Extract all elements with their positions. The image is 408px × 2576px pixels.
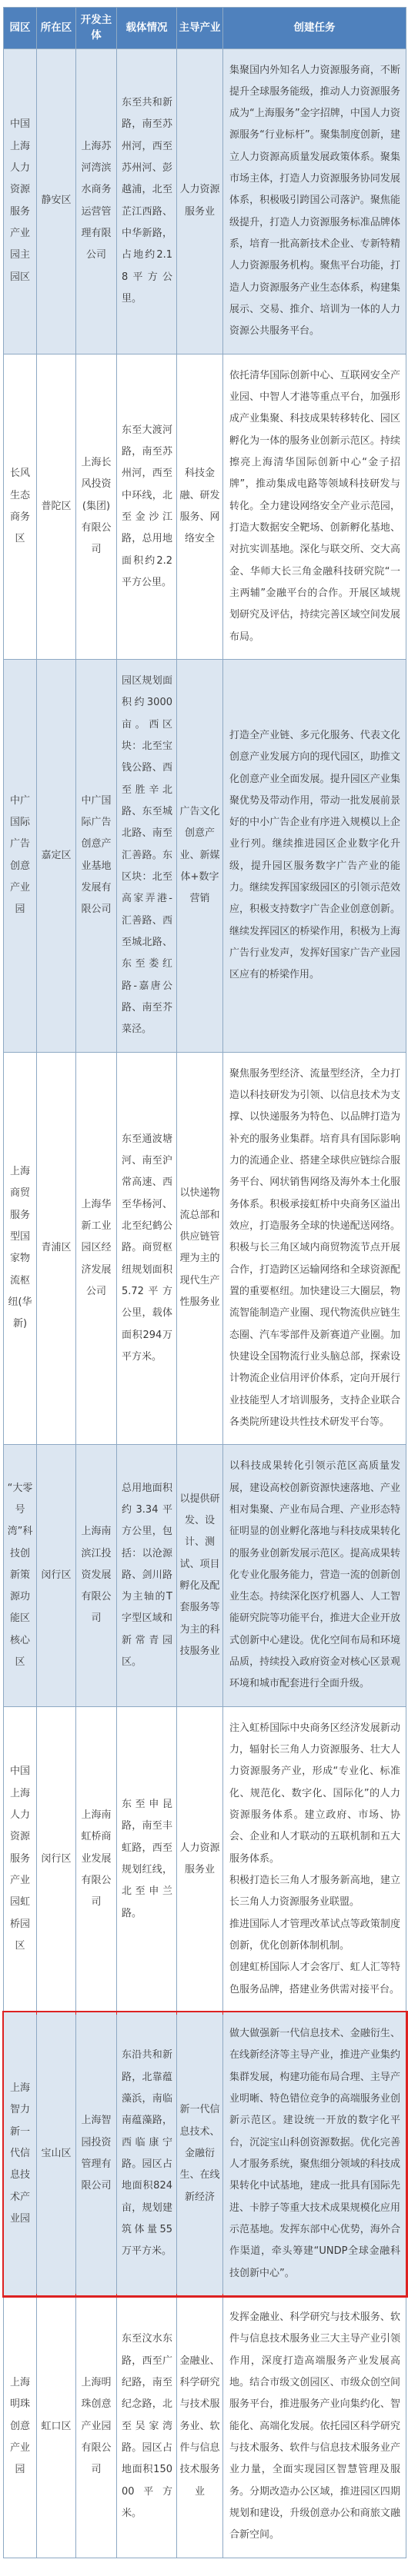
cell-creation-tasks: 打造全产业链、多元化服务、代表文化创意产业发展方向的现代园区，助推文化创意产业全… (223, 660, 406, 1053)
cell-leading-industry: 以快递物流总部和供应链管理为主的现代生产性服务业 (177, 1052, 223, 1445)
cell-park-name: 长风生态商务区 (4, 354, 37, 659)
cell-leading-industry: 以提供研发、设计、测试、项目孵化及配套服务等为主的科技服务业 (177, 1445, 223, 1707)
cell-carrier-info: 东至共和新路，南至苏州河，西至苏州河、彭越浦，北至芷江西路、中华新路，占地约2.… (117, 48, 177, 354)
header-cell-industry: 主导产业 (177, 8, 223, 49)
cell-carrier-info: 东至汶水东路，西至广纪路，南至纪念路，北至吴家湾路。园区占地面积15000平方米… (117, 2296, 177, 2558)
cell-developer: 上海长风投资(集团)有限公司 (76, 354, 117, 659)
cell-park-name: 中国上海人力资源服务产业园虹桥园区 (4, 1706, 37, 2012)
cell-district: 青浦区 (37, 1052, 76, 1445)
cell-leading-industry: 人力资源服务业 (177, 48, 223, 354)
cell-district: 静安区 (37, 48, 76, 354)
cell-park-name: 上海商贸服务型国家物流枢纽(华新) (4, 1052, 37, 1445)
cell-creation-tasks: 集聚国内外知名人力资源服务商，不断提升全球服务能级，推动人力资源服务成为“上海服… (223, 48, 406, 354)
cell-creation-tasks: 聚焦服务型经济、流量型经济，全力打造以科技研发为引领、以信息技术为支撑、以快递服… (223, 1052, 406, 1445)
document-page: 园区 所在区 开发主体 载体情况 主导产业 创建任务 中国上海人力资源服务产业园… (0, 0, 408, 2566)
cell-park-name: 上海明珠创意产业园 (4, 2296, 37, 2558)
cell-developer: 上海南滨江投资发展有限公司 (76, 1445, 117, 1707)
cell-creation-tasks: 以科技成果转化引领示范区高质量发展，建设高校创新资源快速落地、产业相对集聚、产业… (223, 1445, 406, 1707)
cell-leading-industry: 科技金融、研发服务、网络安全 (177, 354, 223, 659)
cell-creation-tasks: 注入虹桥国际中央商务区经济发展新动力，辐射长三角人力资源服务、壮大人力资源服务产… (223, 1706, 406, 2012)
cell-carrier-info: 园区规划面积约3000亩。西区块：北至宝钱公路、西至胜辛北路、东至城北路、南至汇… (117, 660, 177, 1053)
cell-park-name: 上海智力新一代信息技术产业园 (4, 2012, 37, 2296)
cell-creation-tasks: 依托清华国际创新中心、互联网安全产业园、中智人才港等重点平台，加强形成产业集聚、… (223, 354, 406, 659)
cell-developer: 上海南虹桥商业发展有限公司 (76, 1706, 117, 2012)
cell-creation-tasks: 发挥金融业、科学研究与技术服务、软件与信息技术服务业三大主导产业引领作用，深度打… (223, 2296, 406, 2558)
cell-developer: 中广国际广告创意产业基地发展有限公司 (76, 660, 117, 1053)
cell-district: 闵行区 (37, 1706, 76, 2012)
table-row: 中国上海人力资源服务产业园虹桥园区 闵行区 上海南虹桥商业发展有限公司 东至申昆… (4, 1706, 406, 2012)
header-row: 园区 所在区 开发主体 载体情况 主导产业 创建任务 (4, 8, 406, 49)
cell-developer: 上海明珠创意产业园有限公司 (76, 2296, 117, 2558)
cell-park-name: 中广国际广告创意产业园 (4, 660, 37, 1053)
cell-creation-tasks: 做大做强新一代信息技术、金融衍生、在线新经济等主导产业，推进产业集约集群发展，构… (223, 2012, 406, 2296)
cell-leading-industry: 人力资源服务业 (177, 1706, 223, 2012)
cell-district: 宝山区 (37, 2012, 76, 2296)
cell-park-name: “大零号湾”科技创新策源功能区核心区 (4, 1445, 37, 1707)
cell-developer: 上海华新工业园区经济发展公司 (76, 1052, 117, 1445)
cell-developer: 上海苏河湾滨水商务运营管理有限公司 (76, 48, 117, 354)
cell-park-name: 中国上海人力资源服务产业园主园区 (4, 48, 37, 354)
cell-leading-industry: 金融业、科学研究与技术服务业、软件与信息技术服务业 (177, 2296, 223, 2558)
cell-carrier-info: 总用地面积约3.34平方公里，包括：以沧源路、剑川路为主轴的T字型区域和新常青园… (117, 1445, 177, 1707)
industry-parks-table: 园区 所在区 开发主体 载体情况 主导产业 创建任务 中国上海人力资源服务产业园… (3, 7, 406, 2558)
table-row: 上海智力新一代信息技术产业园 宝山区 上海智园投资管理有限公司 东沿共和新路，北… (4, 2012, 406, 2296)
cell-carrier-info: 东至申昆路，南至丰虹路，西至规划红线，北至申兰路。 (117, 1706, 177, 2012)
cell-district: 闵行区 (37, 1445, 76, 1707)
cell-district: 普陀区 (37, 354, 76, 659)
table-row: 上海商贸服务型国家物流枢纽(华新) 青浦区 上海华新工业园区经济发展公司 东至通… (4, 1052, 406, 1445)
header-cell-tasks: 创建任务 (223, 8, 406, 49)
header-cell-district: 所在区 (37, 8, 76, 49)
header-cell-carrier: 载体情况 (117, 8, 177, 49)
cell-carrier-info: 东至通波塘河、南至沪常高速、西至华杨河、北至纪鹤公路。商贸枢纽规划面积5.72平… (117, 1052, 177, 1445)
table-row: “大零号湾”科技创新策源功能区核心区 闵行区 上海南滨江投资发展有限公司 总用地… (4, 1445, 406, 1707)
cell-district: 嘉定区 (37, 660, 76, 1053)
cell-district: 虹口区 (37, 2296, 76, 2558)
cell-developer: 上海智园投资管理有限公司 (76, 2012, 117, 2296)
cell-carrier-info: 东至大渡河路，南至苏州河，西至中环线，北至金沙江路，总用地面积约2.2平方公里。 (117, 354, 177, 659)
table-row: 中国上海人力资源服务产业园主园区 静安区 上海苏河湾滨水商务运营管理有限公司 东… (4, 48, 406, 354)
header-cell-developer: 开发主体 (76, 8, 117, 49)
table-header: 园区 所在区 开发主体 载体情况 主导产业 创建任务 (4, 8, 406, 49)
cell-leading-industry: 新一代信息技术、金融衍生、在线新经济 (177, 2012, 223, 2296)
header-cell-park: 园区 (4, 8, 37, 49)
cell-carrier-info: 东沿共和新路，北靠蕴藻浜，南临南蕴藻路，西临康宁路。园区占地面积824亩，规划建… (117, 2012, 177, 2296)
cell-leading-industry: 广告文化创意产业、新媒体+数字营销 (177, 660, 223, 1053)
table-body: 中国上海人力资源服务产业园主园区 静安区 上海苏河湾滨水商务运营管理有限公司 东… (4, 48, 406, 2558)
table-row: 上海明珠创意产业园 虹口区 上海明珠创意产业园有限公司 东至汶水东路，西至广纪路… (4, 2296, 406, 2558)
table-row: 中广国际广告创意产业园 嘉定区 中广国际广告创意产业基地发展有限公司 园区规划面… (4, 660, 406, 1053)
table-row: 长风生态商务区 普陀区 上海长风投资(集团)有限公司 东至大渡河路，南至苏州河，… (4, 354, 406, 659)
